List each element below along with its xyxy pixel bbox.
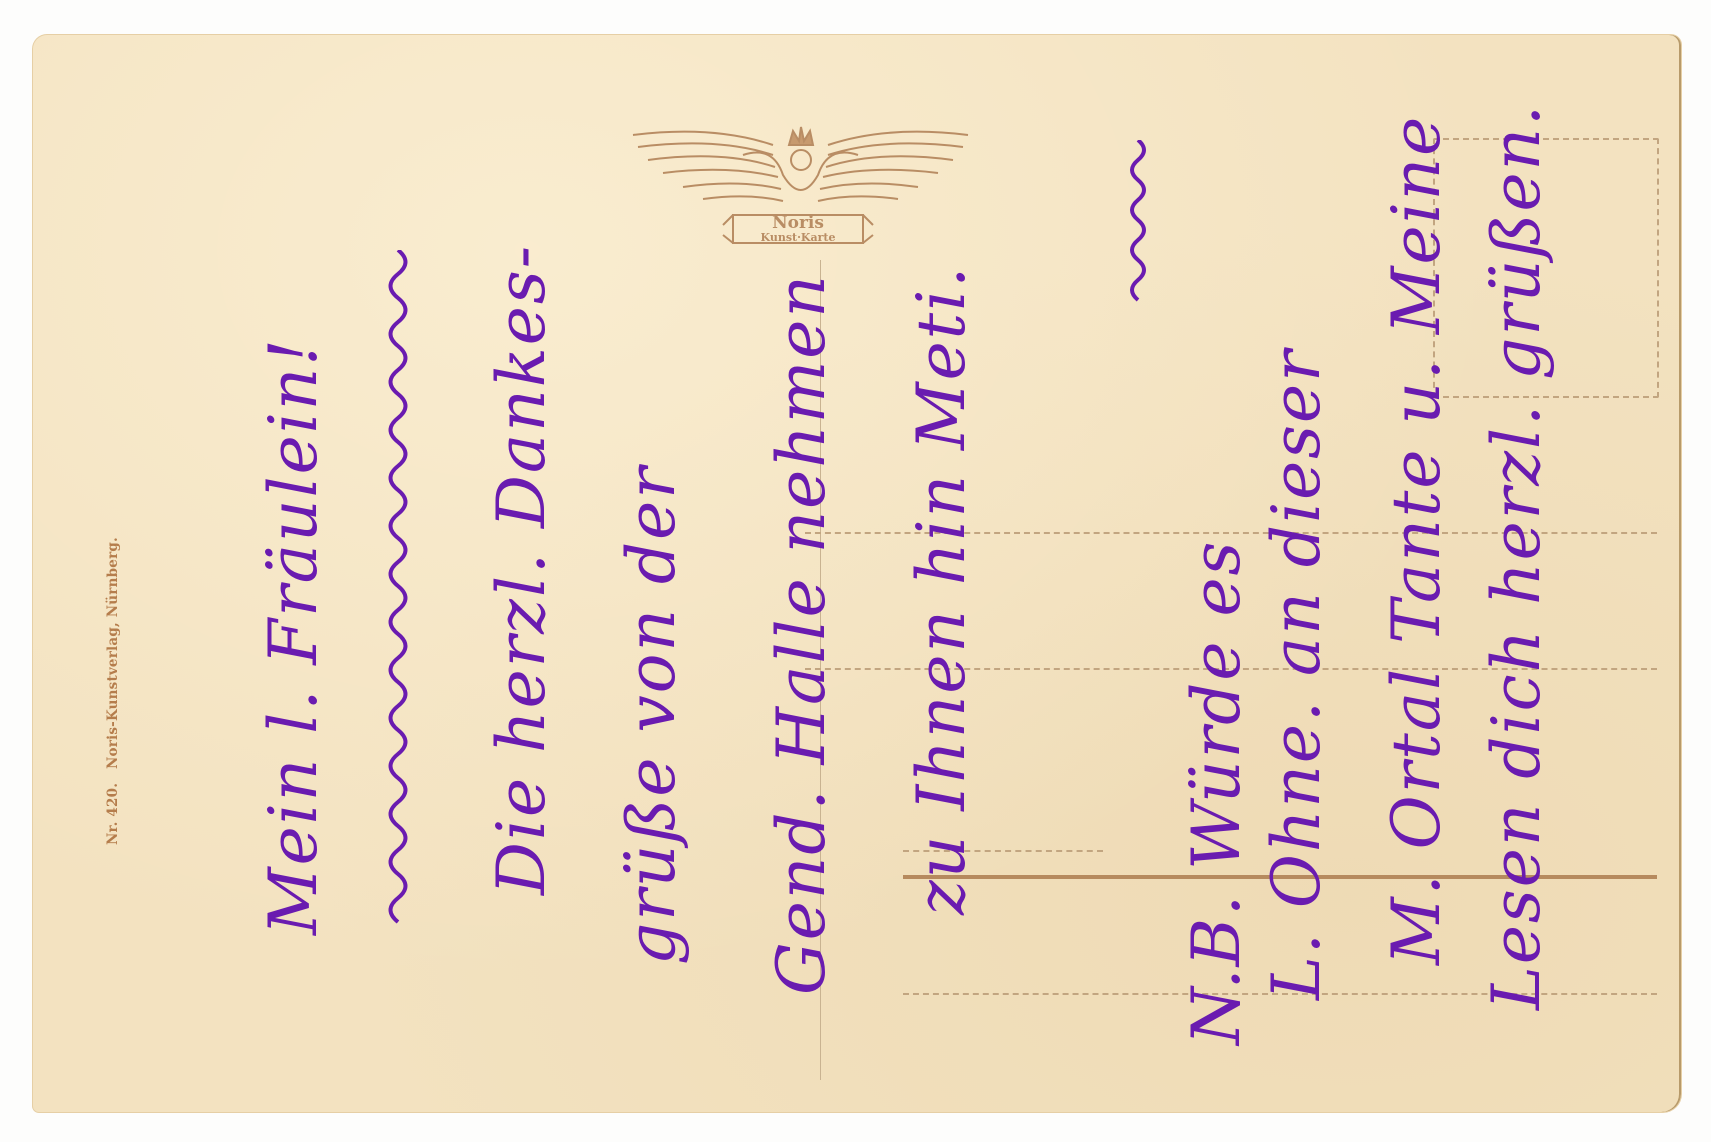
message-line-2: Die herzl. Dankes-	[483, 244, 560, 895]
address-line-text-3: M. Ortal Tante u. Meine	[1378, 115, 1455, 965]
signature-squiggle	[1123, 140, 1153, 310]
svg-text:Kunst·Karte: Kunst·Karte	[761, 231, 836, 244]
underline-squiggle	[378, 250, 418, 940]
noris-logo-icon: Noris Kunst·Karte	[623, 115, 978, 260]
card-number: Nr. 420.	[105, 783, 121, 845]
message-line-1: Mein l. Fräulein!	[255, 337, 332, 935]
publisher-name: Noris-Kunstverlag, Nürnberg.	[105, 537, 121, 769]
message-line-3: grüße von der	[613, 465, 690, 965]
message-line-4: Gend. Halle nehmen	[763, 273, 840, 995]
address-line-text-4: Lesen dich herzl. grüßen.	[1478, 103, 1555, 1010]
svg-text:Noris: Noris	[772, 213, 824, 233]
address-line-text-2: L. Ohne. an dieser	[1258, 348, 1335, 1000]
message-line-5: zu Ihnen hin Meti.	[903, 265, 980, 915]
postcard: Nr. 420. Noris-Kunstverlag, Nürnberg. No…	[33, 35, 1681, 1112]
publisher-imprint: Nr. 420. Noris-Kunstverlag, Nürnberg.	[105, 528, 121, 845]
address-line-text-1: N.B. Würde es	[1178, 540, 1255, 1045]
